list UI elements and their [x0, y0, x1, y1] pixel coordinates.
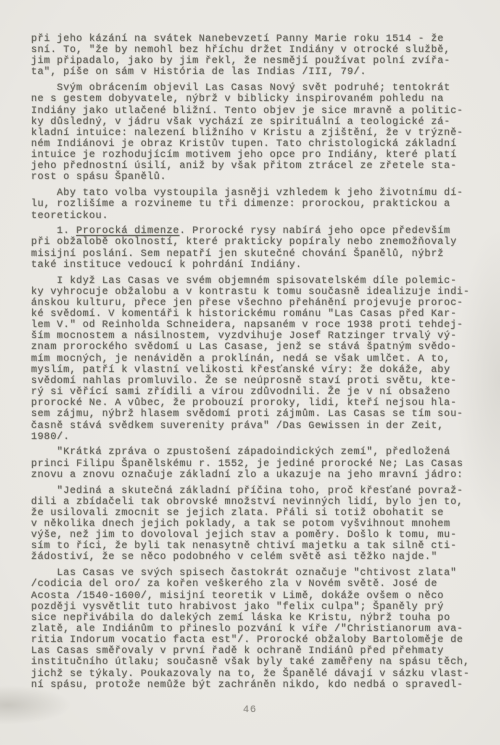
- heading-prophetic-dimension: Prorocká dimenze: [76, 226, 179, 237]
- heading-number: 1.: [31, 226, 76, 237]
- paragraph-gold-quote: "Jediná a skutečná základní příčina toho…: [31, 486, 480, 564]
- paragraph-three-dimensions: Aby tato volba vystoupila jasněji vzhled…: [31, 188, 480, 221]
- paragraph-codicia-del-oro: Las Casas ve svých spisech častokrát ozn…: [31, 568, 480, 691]
- scanned-page: při jeho kázání na svátek Nanebevzetí Pa…: [0, 0, 500, 745]
- page-number: 46: [0, 705, 500, 716]
- body-text: při jeho kázání na svátek Nanebevzetí Pa…: [31, 34, 480, 691]
- paragraph-sermon-1514: při jeho kázání na svátek Nanebevzetí Pa…: [31, 34, 480, 79]
- paragraph-prophetic-dimension: 1. Prorocká dimenze. Prorocké rysy nabír…: [31, 226, 480, 271]
- paragraph-ratzinger-quote: I když Las Casas ve svém objemném spisov…: [31, 276, 480, 443]
- paragraph-conversion: Svým obrácením objevil Las Casas Nový sv…: [31, 83, 480, 183]
- paragraph-short-report: "Krátká zpráva o zpustošení západoindick…: [31, 447, 480, 480]
